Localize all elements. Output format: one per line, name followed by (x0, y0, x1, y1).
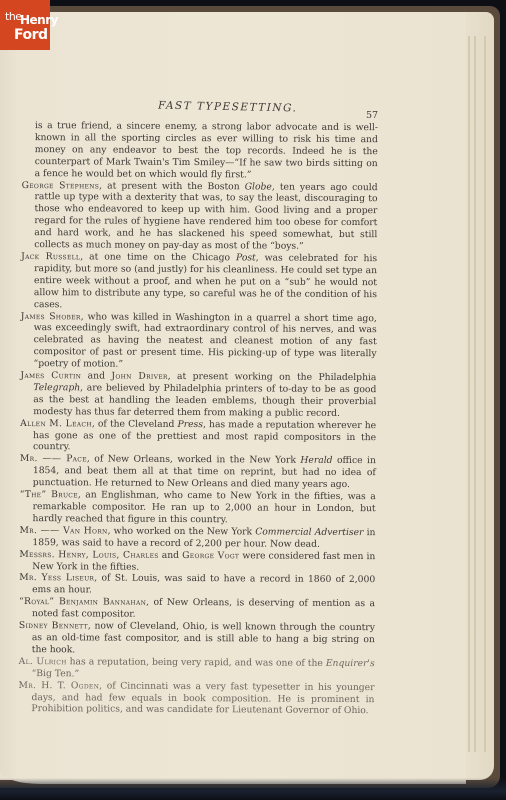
book-page: FAST TYPESETTING. 57 is a true friend, a… (0, 12, 466, 784)
entry-text: , at present working on the Philadelphia (168, 371, 377, 383)
entry-bennett: Sidney Bennett, now of Cleveland, Ohio, … (19, 620, 375, 658)
newspaper-name: Commercial Advertiser (255, 526, 363, 538)
entry-ulrich: Al. Ulrich has a reputation, being very … (19, 656, 375, 682)
entry-text: and (81, 370, 111, 381)
page-edge-line (468, 36, 470, 752)
entry-name: John Driver (111, 371, 167, 382)
entry-name: Al. Ulrich (19, 656, 67, 667)
entry-text: “Big Ten.” (32, 668, 80, 679)
entry-ogden: Mr. H. T. Ogden, of Cincinnati was a ver… (18, 680, 374, 718)
entry-name: George Stephens (22, 180, 100, 191)
entry-liseur: Mr. Yess Liseur, of St. Louis, was said … (19, 572, 375, 598)
entry-text: , at one time on the Chicago (80, 251, 236, 263)
entry-text: , who was killed in Washington in a quar… (33, 311, 376, 370)
newspaper-name: Telegraph (33, 382, 80, 393)
entry-jack-russell: Jack Russell, at one time on the Chicago… (21, 251, 377, 313)
entry-text: , are believed by Philadelphia printers … (33, 382, 376, 418)
entry-name: Mr. H. T. Ogden (19, 680, 100, 691)
newspaper-name: Enquirer's (326, 658, 375, 669)
newspaper-name: Globe (245, 181, 272, 192)
entry-text: , an Englishman, who came to New York in… (33, 489, 376, 525)
entry-text: has a reputation, being very rapid, and … (67, 656, 326, 669)
entry-name: Jack Russell (21, 251, 80, 262)
entry-name: James Curtin (20, 370, 81, 381)
entry-text: , ten years ago could rattle up type wit… (34, 181, 377, 252)
entry-allen-leach: Allen M. Leach, of the Cleveland Press, … (20, 418, 376, 456)
page-body: is a true friend, a sincere enemy, a str… (18, 120, 378, 717)
entry-pace: Mr. —— Pace, of New Orleans, worked in t… (20, 453, 376, 491)
entry-text: and (159, 549, 183, 560)
logo-ford: Ford (14, 27, 48, 43)
entry-text: , at present with the Boston (99, 180, 245, 192)
newspaper-name: Post (236, 252, 256, 263)
entry-name: Mr. Yess Liseur (19, 572, 94, 583)
entry-name: James Shober (21, 310, 81, 321)
entry-bruce: “The” Bruce, an Englishman, who came to … (20, 489, 376, 527)
newspaper-name: Herald (300, 455, 332, 466)
entry-text: , of New Orleans, worked in the New York (87, 454, 301, 466)
entry-james-shober: James Shober, who was killed in Washingt… (20, 310, 376, 372)
entry-bannahan: “Royal” Benjamin Bannahan, of New Orlean… (19, 596, 375, 622)
henry-ford-logo: the Henry Ford (0, 0, 50, 50)
entry-name: “Royal” Benjamin Bannahan (19, 596, 146, 608)
entry-name: Sidney Bennett (19, 620, 88, 631)
page-edge-line (484, 36, 486, 752)
newspaper-name: Press (178, 419, 204, 430)
entry-name: George Vogt (182, 550, 239, 561)
entry-vogt: Messrs. Henry, Louis, Charles and George… (19, 549, 375, 575)
entry-name: Messrs. Henry, Louis, Charles (19, 549, 158, 561)
entry-text: , of the Cleveland (92, 418, 178, 430)
entry-curtin-driver: James Curtin and John Driver, at present… (20, 370, 376, 420)
entry-name: “The” Bruce (20, 489, 78, 500)
running-head: FAST TYPESETTING. (158, 100, 298, 115)
logo-henry: Henry (20, 13, 58, 27)
page-edge-line (474, 36, 476, 752)
entry-name: Mr. —— Van Horn (19, 525, 107, 537)
book-bottom-shadow (0, 778, 506, 800)
entry-text: , who worked on the New York (108, 525, 256, 537)
page-number: 57 (366, 110, 378, 121)
entry-name: Mr. —— Pace (20, 453, 87, 464)
entry-name: Allen M. Leach (20, 418, 92, 429)
entry-continuation: is a true friend, a sincere enemy, a str… (22, 120, 378, 182)
entry-george-stephens: George Stephens, at present with the Bos… (21, 180, 377, 254)
entry-text: is a true friend, a sincere enemy, a str… (35, 120, 378, 180)
entry-van-horn: Mr. —— Van Horn, who worked on the New Y… (19, 525, 375, 551)
